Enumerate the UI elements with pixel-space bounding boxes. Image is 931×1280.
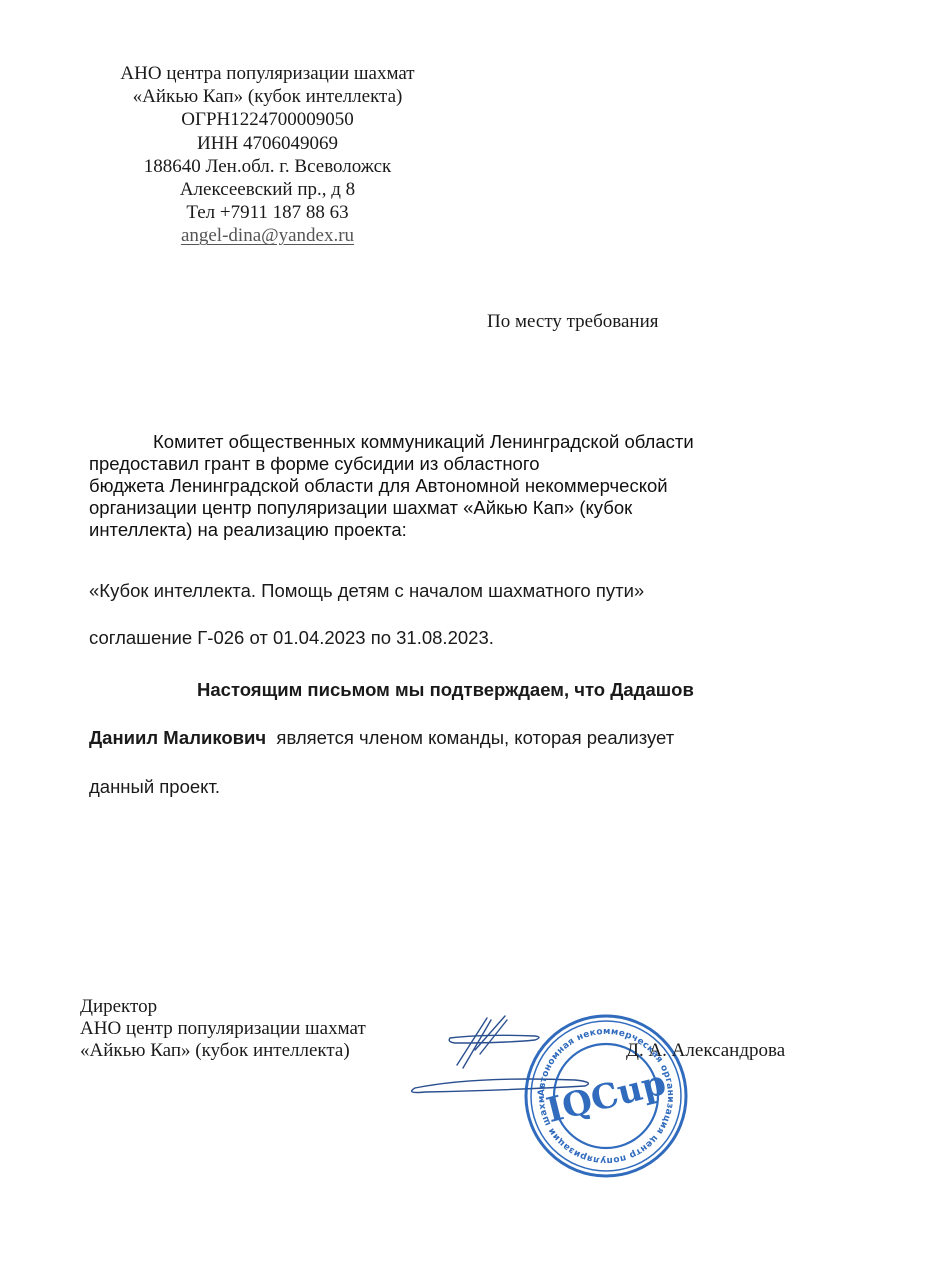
body-paragraph: Комитет общественных коммуникаций Ленинг…: [89, 431, 809, 541]
letterhead: АНО центра популяризации шахмат «Айкью К…: [80, 62, 455, 248]
confirmation-line-3: данный проект.: [89, 776, 220, 798]
confirmation-line-2: Даниил Маликович является членом команды…: [89, 727, 674, 749]
body-line: предоставил грант в форме субсидии из об…: [89, 453, 809, 475]
inn-line: ИНН 4706049069: [80, 132, 455, 155]
body-line: организации центр популяризации шахмат «…: [89, 497, 809, 519]
official-stamp: Автономная некоммерческая организация це…: [522, 1012, 690, 1180]
body-line: интеллекта) на реализацию проекта:: [89, 519, 809, 541]
agreement-text: соглашение Г-026 от 01.04.2023 по 31.08.…: [89, 627, 494, 649]
signatory-name: Д. А. Александрова: [626, 1040, 785, 1062]
ogrn-line: ОГРН1224700009050: [80, 108, 455, 131]
confirmation-line-1: Настоящим письмом мы подтверждаем, что Д…: [197, 679, 694, 701]
org-subtitle-line: «Айкью Кап» (кубок интеллекта): [80, 85, 455, 108]
body-line: Комитет общественных коммуникаций Ленинг…: [89, 431, 809, 453]
body-line: бюджета Ленинградской области для Автоно…: [89, 475, 809, 497]
director-org-subtitle: «Айкью Кап» (кубок интеллекта): [80, 1040, 366, 1062]
addressee: По месту требования: [487, 311, 659, 333]
email-link[interactable]: angel-dina@yandex.ru: [80, 224, 455, 247]
org-name-line: АНО центра популяризации шахмат: [80, 62, 455, 85]
director-org-line: АНО центр популяризации шахмат: [80, 1018, 366, 1040]
director-title: Директор: [80, 996, 366, 1018]
confirmation-line-2-rest: является членом команды, которая реализу…: [266, 727, 674, 748]
project-title: «Кубок интеллекта. Помощь детям с начало…: [89, 580, 644, 602]
member-name: Даниил Маликович: [89, 727, 266, 748]
phone-line: Тел +7911 187 88 63: [80, 201, 455, 224]
address-street-line: Алексеевский пр., д 8: [80, 178, 455, 201]
address-city-line: 188640 Лен.обл. г. Всеволожск: [80, 155, 455, 178]
signature-block: Директор АНО центр популяризации шахмат …: [80, 996, 366, 1062]
